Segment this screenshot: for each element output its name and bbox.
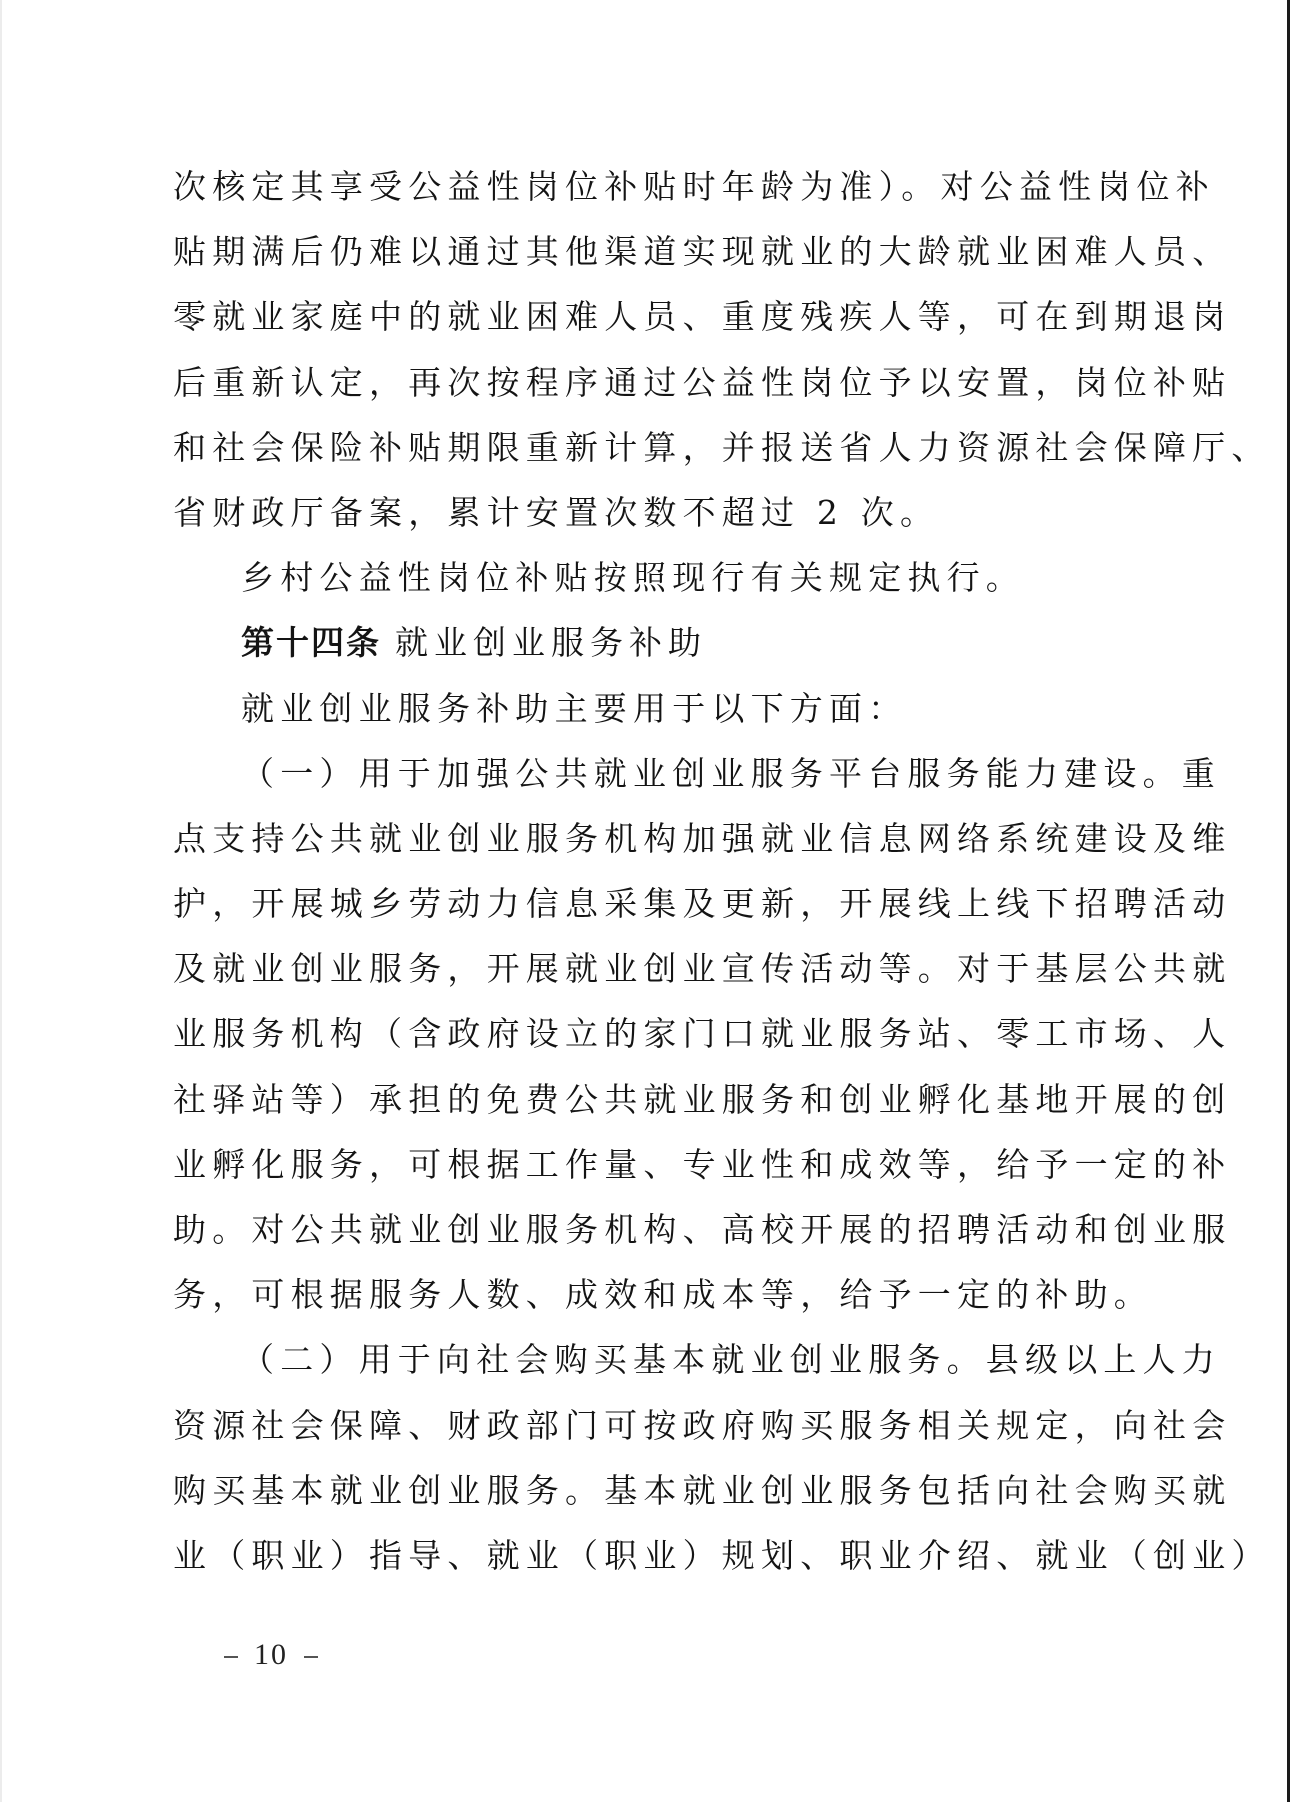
article-heading-line: 第十四条就业创业服务补助: [173, 616, 1118, 681]
page-left-edge: [0, 0, 2, 1802]
body-line: 购买基本就业创业服务。基本就业创业服务包括向社会购买就: [173, 1464, 1118, 1529]
body-line: 省财政厅备案，累计安置次数不超过 2 次。: [173, 486, 1118, 551]
body-line: 资源社会保障、财政部门可按政府购买服务相关规定，向社会: [173, 1399, 1118, 1464]
body-line: 业孵化服务，可根据工作量、专业性和成效等，给予一定的补: [173, 1138, 1118, 1203]
body-line: 社驿站等）承担的免费公共就业服务和创业孵化基地开展的创: [173, 1073, 1118, 1138]
dash-left: [224, 1656, 238, 1658]
body-line: 点支持公共就业创业服务机构加强就业信息网络系统建设及维: [173, 812, 1118, 877]
body-line: 次核定其享受公益性岗位补贴时年龄为准）。对公益性岗位补: [173, 160, 1118, 225]
body-line: 业（职业）指导、就业（职业）规划、职业介绍、就业（创业）: [173, 1529, 1118, 1594]
article-number: 第十四条: [241, 623, 381, 662]
dash-right: [304, 1656, 318, 1658]
body-line: 贴期满后仍难以通过其他渠道实现就业的大龄就业困难人员、: [173, 225, 1118, 290]
body-line: 及就业创业服务，开展就业创业宣传活动等。对于基层公共就: [173, 942, 1118, 1007]
document-body: 次核定其享受公益性岗位补贴时年龄为准）。对公益性岗位补 贴期满后仍难以通过其他渠…: [173, 160, 1118, 1594]
body-line: 和社会保险补贴期限重新计算，并报送省人力资源社会保障厅、: [173, 421, 1118, 486]
clause-two-start: （二）用于向社会购买基本就业创业服务。县级以上人力: [173, 1333, 1118, 1398]
body-line: 业服务机构（含政府设立的家门口就业服务站、零工市场、人: [173, 1007, 1118, 1072]
article-title: 就业创业服务补助: [395, 623, 707, 662]
clause-one-start: （一）用于加强公共就业创业服务平台服务能力建设。重: [173, 747, 1118, 812]
body-line: 后重新认定，再次按程序通过公益性岗位予以安置，岗位补贴: [173, 356, 1118, 421]
body-line: 护，开展城乡劳动力信息采集及更新，开展线上线下招聘活动: [173, 877, 1118, 942]
body-line: 零就业家庭中的就业困难人员、重度残疾人等，可在到期退岗: [173, 290, 1118, 355]
paragraph-intro: 就业创业服务补助主要用于以下方面：: [173, 682, 1118, 747]
body-line: 务，可根据服务人数、成效和成本等，给予一定的补助。: [173, 1268, 1118, 1333]
body-line: 助。对公共就业创业服务机构、高校开展的招聘活动和创业服: [173, 1203, 1118, 1268]
page-number: 10: [254, 1638, 288, 1671]
paragraph-rural-posts: 乡村公益性岗位补贴按照现行有关规定执行。: [173, 551, 1118, 616]
page-number-footer: 10: [208, 1638, 334, 1672]
